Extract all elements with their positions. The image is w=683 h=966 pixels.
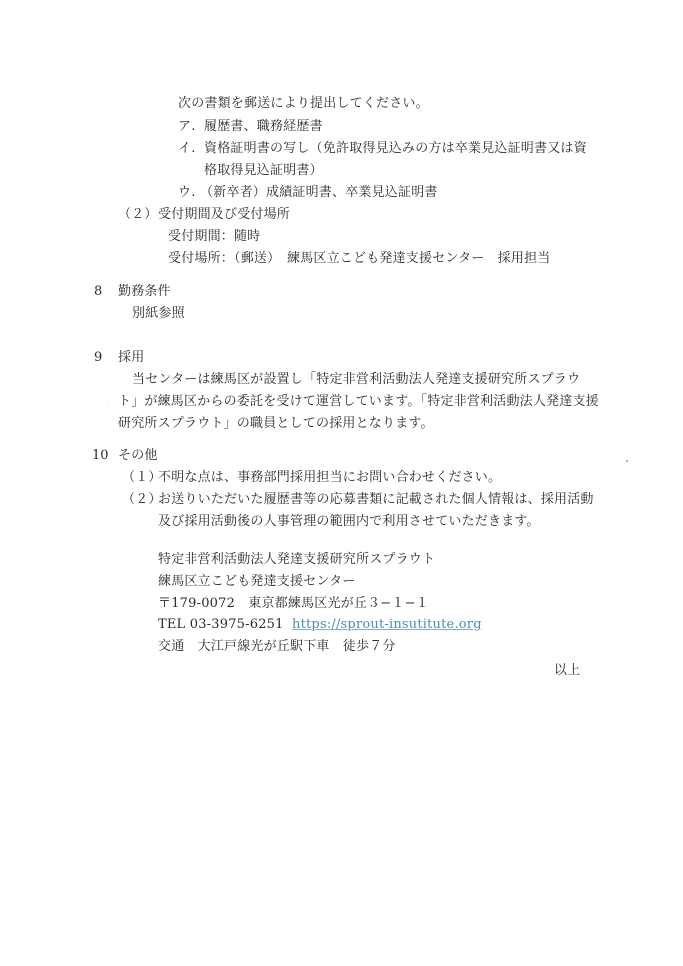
document-page: 次の書類を郵送により提出してください。 ア. 履歴書、職務経歴書 イ. 資格証明… <box>0 0 683 966</box>
submission-item-c: （新卒者）成績証明書、卒業見込証明書 <box>200 185 438 201</box>
scan-speck <box>676 243 677 244</box>
reception-marker: （２） <box>118 207 158 223</box>
reception-period: 受付期間：随時 <box>168 229 260 245</box>
section9-number: 9 <box>94 350 102 366</box>
section9-line-3: 研究所スプラウト」の職員としての採用となります。 <box>118 416 434 432</box>
contact-url-link[interactable]: https://sprout-insutitute.org <box>292 617 482 633</box>
section8-body: 別紙参照 <box>132 306 185 322</box>
section9-title: 採用 <box>118 350 144 366</box>
scan-speck <box>626 460 628 462</box>
submission-item-c-marker: ウ. <box>178 185 196 201</box>
submission-item-b-cont: 格取得見込証明書） <box>204 163 323 179</box>
section9-line-2: ト」が練馬区からの委託を受けて運営しています。「特定非営利活動法人発達支援 <box>118 394 599 410</box>
section10-item1: 不明な点は、事務部門採用担当にお問い合わせください。 <box>158 470 501 486</box>
closing-text: 以上 <box>554 663 580 679</box>
section8-title: 勤務条件 <box>118 284 171 300</box>
submission-item-a: 履歴書、職務経歴書 <box>204 119 323 135</box>
section10-item2-cont: 及び採用活動後の人事管理の範囲内で利用させていただきます。 <box>158 514 540 530</box>
scan-speck <box>107 403 108 404</box>
contact-org: 特定非営利活動法人発達支援研究所スプラウト <box>158 552 435 568</box>
contact-address: 〒179-0072 東京都練馬区光が丘３−１−１ <box>158 596 429 612</box>
section10-item2: お送りいただいた履歴書等の応募書類に記載された個人情報は、採用活動 <box>158 492 594 508</box>
reception-place: 受付場所：（郵送） 練馬区立こども発達支援センター 採用担当 <box>168 251 550 267</box>
section10-number: 10 <box>92 448 109 464</box>
contact-center: 練馬区立こども発達支援センター <box>158 574 355 590</box>
section9-line-1: 当センターは練馬区が設置し「特定非営利活動法人発達支援研究所スプラウ <box>132 372 580 388</box>
contact-access: 交通 大江戸線光が丘駅下車 徒歩７分 <box>158 639 396 655</box>
submission-item-a-marker: ア. <box>178 119 196 135</box>
submission-intro: 次の書類を郵送により提出してください。 <box>178 96 429 112</box>
reception-heading: 受付期間及び受付場所 <box>158 207 290 223</box>
submission-item-b: 資格証明書の写し（免許取得見込みの方は卒業見込証明書又は資 <box>204 141 587 157</box>
section10-item2-marker: （２） <box>122 492 162 508</box>
section10-title: その他 <box>118 448 158 464</box>
submission-item-b-marker: イ. <box>178 141 196 157</box>
section10-item1-marker: （１） <box>122 470 162 486</box>
contact-tel: TEL 03-3975-6251 <box>158 617 284 633</box>
section8-number: 8 <box>94 284 102 300</box>
